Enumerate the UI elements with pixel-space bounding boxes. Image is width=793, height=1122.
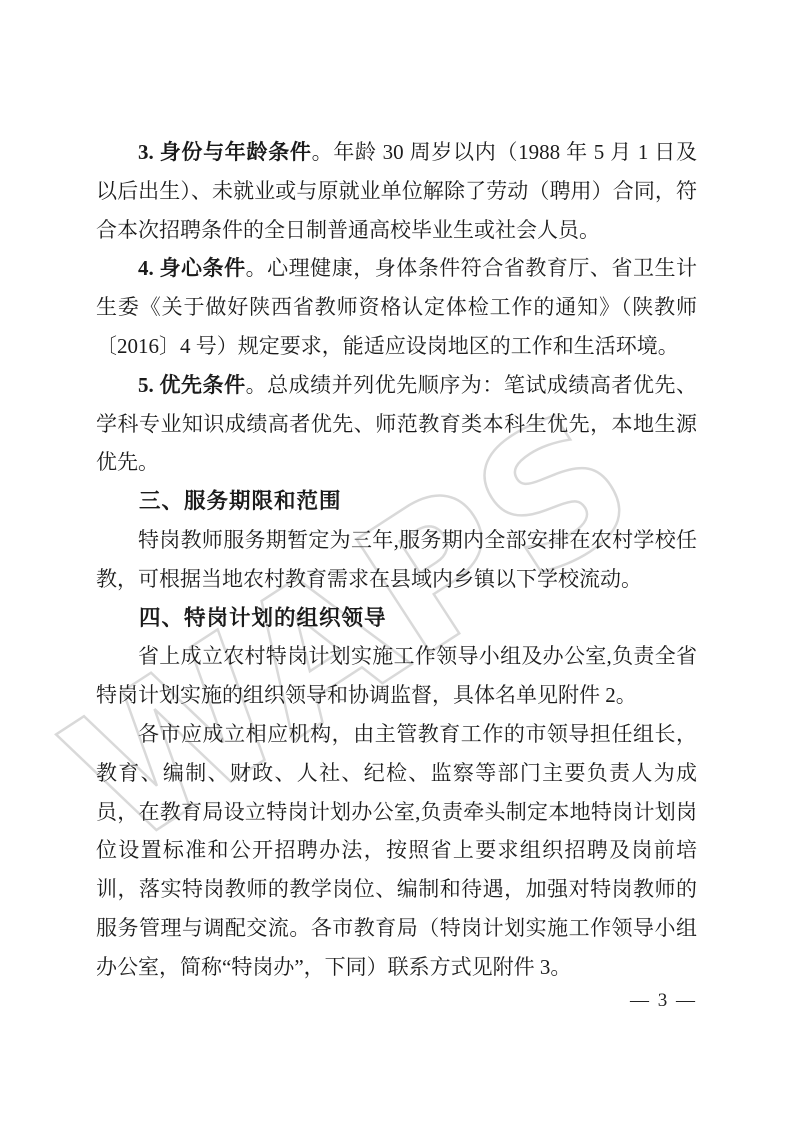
paragraph-priority-condition: 5. 优先条件。总成绩并列优先顺序为：笔试成绩高者优先、学科专业知识成绩高者优先… (96, 366, 697, 482)
document-body: 3. 身份与年龄条件。年龄 30 周岁以内（1988 年 5 月 1 日及以后出… (96, 133, 697, 987)
paragraph-province-leading-group: 省上成立农村特岗计划实施工作领导小组及办公室,负责全省特岗计划实施的组织领导和协… (96, 637, 697, 715)
section-heading-service-period: 三、服务期限和范围 (96, 482, 697, 521)
page-number: — 3 — (630, 990, 697, 1012)
paragraph-physical-mental-condition: 4. 身心条件。心理健康，身体条件符合省教育厅、省卫生计生委《关于做好陕西省教师… (96, 249, 697, 365)
paragraph-service-period: 特岗教师服务期暂定为三年,服务期内全部安排在农村学校任教，可根据当地农村教育需求… (96, 521, 697, 599)
section-heading-organization-leadership: 四、特岗计划的组织领导 (96, 599, 697, 638)
paragraph-lead-identity-age: 3. 身份与年龄条件 (138, 140, 312, 164)
paragraph-identity-age-condition: 3. 身份与年龄条件。年龄 30 周岁以内（1988 年 5 月 1 日及以后出… (96, 133, 697, 249)
paragraph-city-organization: 各市应成立相应机构，由主管教育工作的市领导担任组长，教育、编制、财政、人社、纪检… (96, 715, 697, 987)
paragraph-lead-physical-mental: 4. 身心条件 (138, 256, 246, 280)
paragraph-lead-priority: 5. 优先条件 (138, 373, 246, 397)
document-page: WAPS 3. 身份与年龄条件。年龄 30 周岁以内（1988 年 5 月 1 … (0, 0, 793, 1122)
